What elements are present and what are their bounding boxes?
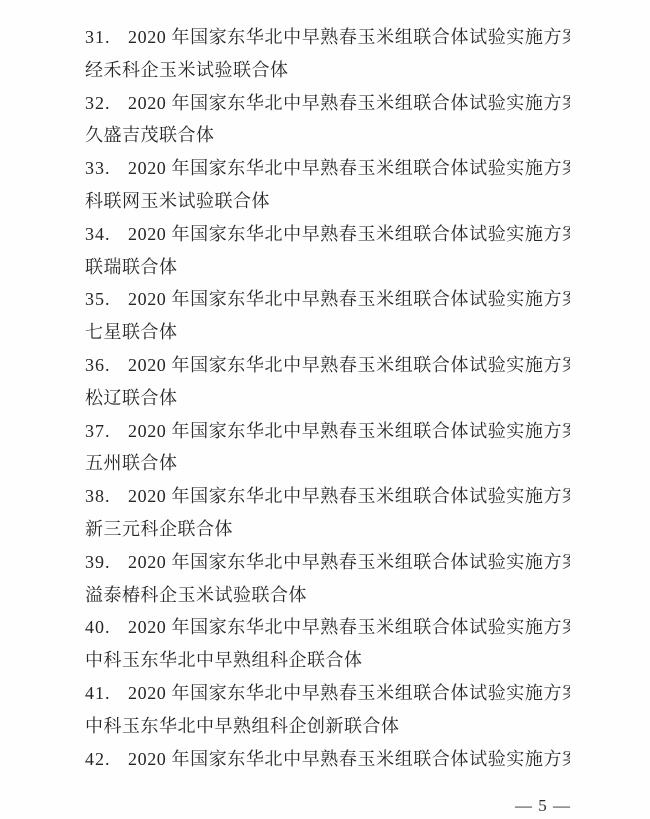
item-number: 34. <box>85 218 128 251</box>
item-number: 32. <box>85 87 128 120</box>
item-number: 42. <box>85 743 128 776</box>
item-consortium-name: 新三元科企联合体 <box>85 513 570 546</box>
list-item: 39.2020 年国家东华北中早熟春玉米组联合体试验实施方案 – 溢泰椿科企玉米… <box>85 546 570 612</box>
item-consortium-name: 联瑞联合体 <box>85 251 570 284</box>
item-title-line: 41.2020 年国家东华北中早熟春玉米组联合体试验实施方案 – <box>85 677 570 710</box>
item-number: 31. <box>85 21 128 54</box>
item-consortium-name: 松辽联合体 <box>85 382 570 415</box>
list-item: 35.2020 年国家东华北中早熟春玉米组联合体试验实施方案 – 七星联合体 <box>85 283 570 349</box>
item-number: 36. <box>85 349 128 382</box>
item-number: 39. <box>85 546 128 579</box>
item-number: 37. <box>85 415 128 448</box>
list-item: 40.2020 年国家东华北中早熟春玉米组联合体试验实施方案 – 中科玉东华北中… <box>85 611 570 677</box>
item-title: 2020 年国家东华北中早熟春玉米组联合体试验实施方案 – <box>128 749 570 769</box>
item-title: 2020 年国家东华北中早熟春玉米组联合体试验实施方案 – <box>128 355 570 375</box>
list-item: 31.2020 年国家东华北中早熟春玉米组联合体试验实施方案 – 经禾科企玉米试… <box>85 21 570 87</box>
item-consortium-name: 五州联合体 <box>85 447 570 480</box>
list-item: 34.2020 年国家东华北中早熟春玉米组联合体试验实施方案 – 联瑞联合体 <box>85 218 570 284</box>
implementation-plan-list: 31.2020 年国家东华北中早熟春玉米组联合体试验实施方案 – 经禾科企玉米试… <box>85 21 570 775</box>
item-title: 2020 年国家东华北中早熟春玉米组联合体试验实施方案 – <box>128 486 570 506</box>
item-title-line: 42.2020 年国家东华北中早熟春玉米组联合体试验实施方案 – <box>85 743 570 776</box>
item-title-line: 34.2020 年国家东华北中早熟春玉米组联合体试验实施方案 – <box>85 218 570 251</box>
list-item: 38.2020 年国家东华北中早熟春玉米组联合体试验实施方案 – 新三元科企联合… <box>85 480 570 546</box>
item-consortium-name: 溢泰椿科企玉米试验联合体 <box>85 579 570 612</box>
page-number: — 5 — <box>515 795 571 817</box>
item-consortium-name: 中科玉东华北中早熟组科企联合体 <box>85 644 570 677</box>
item-title: 2020 年国家东华北中早熟春玉米组联合体试验实施方案 – <box>128 93 570 113</box>
item-title-line: 37.2020 年国家东华北中早熟春玉米组联合体试验实施方案 – <box>85 415 570 448</box>
item-consortium-name: 久盛吉茂联合体 <box>85 119 570 152</box>
item-title-line: 40.2020 年国家东华北中早熟春玉米组联合体试验实施方案 – <box>85 611 570 644</box>
item-title-line: 32.2020 年国家东华北中早熟春玉米组联合体试验实施方案 – <box>85 87 570 120</box>
item-title: 2020 年国家东华北中早熟春玉米组联合体试验实施方案 – <box>128 158 570 178</box>
item-title-line: 39.2020 年国家东华北中早熟春玉米组联合体试验实施方案 – <box>85 546 570 579</box>
item-title-line: 31.2020 年国家东华北中早熟春玉米组联合体试验实施方案 – <box>85 21 570 54</box>
list-item: 42.2020 年国家东华北中早熟春玉米组联合体试验实施方案 – <box>85 743 570 776</box>
item-number: 35. <box>85 283 128 316</box>
item-title-line: 38.2020 年国家东华北中早熟春玉米组联合体试验实施方案 – <box>85 480 570 513</box>
item-title-line: 35.2020 年国家东华北中早熟春玉米组联合体试验实施方案 – <box>85 283 570 316</box>
item-number: 40. <box>85 611 128 644</box>
item-consortium-name: 七星联合体 <box>85 316 570 349</box>
item-title: 2020 年国家东华北中早熟春玉米组联合体试验实施方案 – <box>128 27 570 47</box>
item-title: 2020 年国家东华北中早熟春玉米组联合体试验实施方案 – <box>128 421 570 441</box>
list-item: 41.2020 年国家东华北中早熟春玉米组联合体试验实施方案 – 中科玉东华北中… <box>85 677 570 743</box>
list-item: 36.2020 年国家东华北中早熟春玉米组联合体试验实施方案 – 松辽联合体 <box>85 349 570 415</box>
item-title: 2020 年国家东华北中早熟春玉米组联合体试验实施方案 – <box>128 552 570 572</box>
item-number: 38. <box>85 480 128 513</box>
item-consortium-name: 经禾科企玉米试验联合体 <box>85 54 570 87</box>
item-consortium-name: 科联网玉米试验联合体 <box>85 185 570 218</box>
item-title-line: 33.2020 年国家东华北中早熟春玉米组联合体试验实施方案 – <box>85 152 570 185</box>
item-title: 2020 年国家东华北中早熟春玉米组联合体试验实施方案 – <box>128 289 570 309</box>
list-item: 32.2020 年国家东华北中早熟春玉米组联合体试验实施方案 – 久盛吉茂联合体 <box>85 87 570 153</box>
item-title: 2020 年国家东华北中早熟春玉米组联合体试验实施方案 – <box>128 617 570 637</box>
list-item: 33.2020 年国家东华北中早熟春玉米组联合体试验实施方案 – 科联网玉米试验… <box>85 152 570 218</box>
list-item: 37.2020 年国家东华北中早熟春玉米组联合体试验实施方案 – 五州联合体 <box>85 415 570 481</box>
item-number: 33. <box>85 152 128 185</box>
item-title: 2020 年国家东华北中早熟春玉米组联合体试验实施方案 – <box>128 683 570 703</box>
item-number: 41. <box>85 677 128 710</box>
item-title: 2020 年国家东华北中早熟春玉米组联合体试验实施方案 – <box>128 224 570 244</box>
document-page: 31.2020 年国家东华北中早熟春玉米组联合体试验实施方案 – 经禾科企玉米试… <box>0 0 650 819</box>
item-title-line: 36.2020 年国家东华北中早熟春玉米组联合体试验实施方案 – <box>85 349 570 382</box>
item-consortium-name: 中科玉东华北中早熟组科企创新联合体 <box>85 710 570 743</box>
